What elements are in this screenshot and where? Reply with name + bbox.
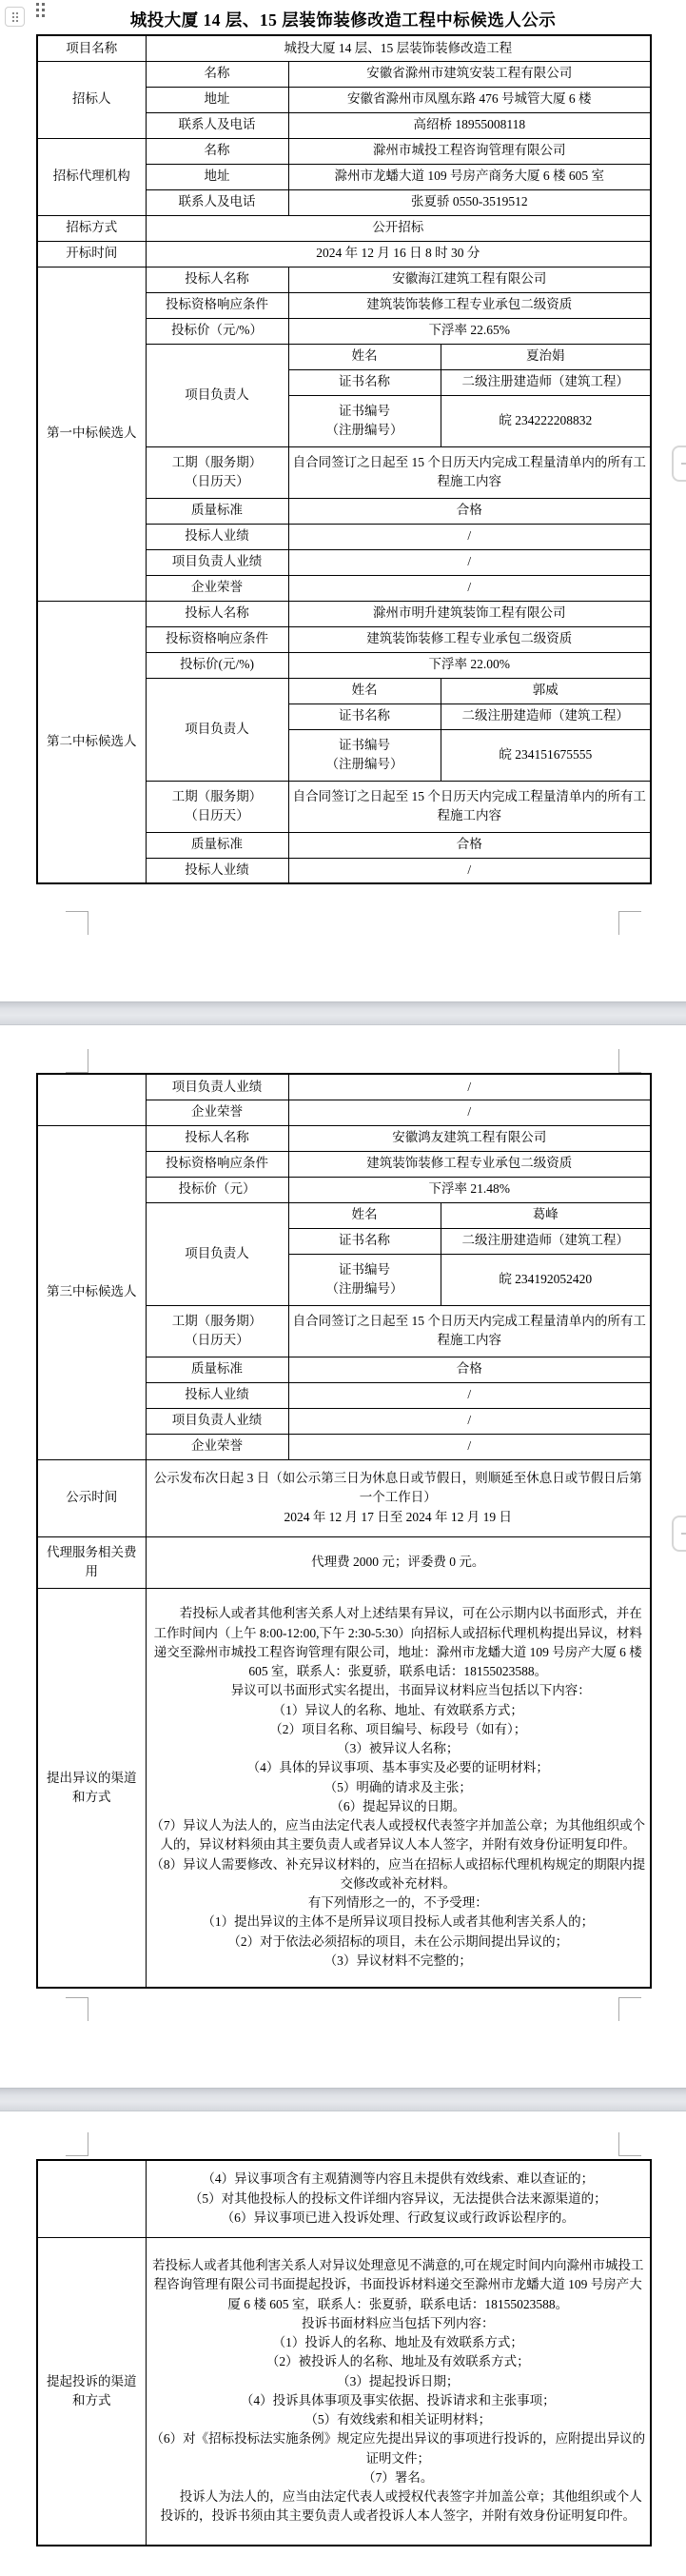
page-corner-mark	[618, 1049, 641, 1073]
table-cell: 下浮率 22.00%	[288, 652, 651, 678]
table-cell: 投标人业绩	[146, 524, 288, 549]
table-cell: 地址	[146, 164, 288, 189]
table-cell: 夏治娟	[441, 344, 651, 369]
floating-tool-button[interactable]	[672, 446, 686, 482]
candidate-1-label: 第一中标候选人	[37, 267, 146, 601]
agency-label: 招标代理机构	[37, 138, 146, 215]
table-cell: 项目负责人	[146, 678, 288, 781]
table-cell: 证书编号 （注册编号）	[288, 395, 441, 446]
table-cell: 投标人业绩	[146, 858, 288, 883]
table-cell: 建筑装饰装修工程专业承包二级资质	[288, 626, 651, 652]
table-cell: 证书名称	[288, 703, 441, 729]
document-page: 城投大厦 14 层、15 层装饰装修改造工程中标候选人公示 项目名称城投大厦 1…	[0, 0, 686, 2576]
table-cell: /	[288, 549, 651, 575]
bid-result-table-page1: 项目名称城投大厦 14 层、15 层装饰装修改造工程招标人名称安徽省滁州市建筑安…	[36, 34, 652, 884]
table-cell: 证书名称	[288, 1228, 441, 1254]
table-cell: 下浮率 21.48%	[288, 1177, 651, 1202]
page-corner-mark	[66, 1049, 88, 1073]
continuation-empty-cell	[37, 2160, 146, 2237]
project-name-value: 城投大厦 14 层、15 层装饰装修改造工程	[146, 35, 651, 61]
tenderer-label: 招标人	[37, 61, 146, 138]
table-cell: /	[288, 575, 651, 601]
bid-result-table-page2: 项目负责人业绩/企业荣誉/第三中标候选人投标人名称安徽鸿友建筑工程有限公司投标资…	[36, 1073, 652, 1989]
table-cell: 合格	[288, 498, 651, 524]
table-cell: 安徽省滁州市凤凰东路 476 号城管大厦 6 楼	[288, 87, 651, 112]
table-cell: /	[288, 858, 651, 883]
table-cell: 名称	[146, 61, 288, 87]
table-cell: 合格	[288, 1357, 651, 1382]
table-cell: 自合同签订之日起至 15 个日历天内完成工程量清单内的所有工程施工内容	[288, 1305, 651, 1357]
table-cell: 滁州市城投工程咨询管理有限公司	[288, 138, 651, 164]
continuation-empty-cell	[37, 1074, 146, 1125]
table-cell: 工期（服务期） （日历天）	[146, 1305, 288, 1357]
table-cell: 二级注册建造师（建筑工程）	[441, 369, 651, 395]
table-cell: 滁州市明升建筑装饰工程有限公司	[288, 601, 651, 626]
table-cell: 自合同签订之日起至 15 个日历天内完成工程量清单内的所有工程施工内容	[288, 781, 651, 832]
page-corner-mark	[618, 911, 641, 935]
table-cell: 皖 234222208832	[441, 395, 651, 446]
page-corner-mark	[66, 2132, 88, 2156]
table-cell: 张夏骄 0550-3519512	[288, 189, 651, 215]
table-cell: 安徽海江建筑工程有限公司	[288, 267, 651, 292]
table-cell: 投标人业绩	[146, 1382, 288, 1408]
table-cell: 安徽鸿友建筑工程有限公司	[288, 1125, 651, 1151]
table-cell: 投标人名称	[146, 601, 288, 626]
table-cell: 安徽省滁州市建筑安装工程有限公司	[288, 61, 651, 87]
table-cell: 合格	[288, 832, 651, 858]
table-cell: （4）异议事项含有主观猜测等内容且未提供有效线索、难以查证的； （5）对其他投标…	[146, 2160, 651, 2237]
table-cell: 下浮率 22.65%	[288, 318, 651, 344]
page-title: 城投大厦 14 层、15 层装饰装修改造工程中标候选人公示	[0, 8, 686, 31]
floating-tool-button[interactable]	[672, 1516, 686, 1552]
project-name-label: 项目名称	[37, 35, 146, 61]
table-cell: /	[288, 1074, 651, 1100]
table-cell: 开标时间	[37, 241, 146, 267]
table-cell: 联系人及电话	[146, 189, 288, 215]
table-cell: 投标人名称	[146, 1125, 288, 1151]
publicity-period-label: 公示时间	[37, 1459, 146, 1536]
table-cell: 姓名	[288, 678, 441, 703]
table-cell: 2024 年 12 月 16 日 8 时 30 分	[146, 241, 651, 267]
table-cell: 皖 234151675555	[441, 729, 651, 781]
floating-tool-icon	[681, 1533, 686, 1535]
table-cell: 企业荣誉	[146, 1434, 288, 1459]
bid-result-table-page3: （4）异议事项含有主观猜测等内容且未提供有效线索、难以查证的； （5）对其他投标…	[36, 2159, 652, 2546]
table-cell: 公开招标	[146, 215, 651, 241]
table-cell: 若投标人或者其他利害关系人对异议处理意见不满意的,可在规定时间内向滁州市城投工程…	[146, 2237, 651, 2546]
table-cell: 若投标人或者其他利害关系人对上述结果有异议，可在公示期内以书面形式，并在工作时间…	[146, 1588, 651, 1988]
table-cell: 姓名	[288, 1202, 441, 1228]
table-cell: 质量标准	[146, 1357, 288, 1382]
table-cell: 二级注册建造师（建筑工程）	[441, 703, 651, 729]
table-cell: 地址	[146, 87, 288, 112]
table-cell: /	[288, 1100, 651, 1125]
candidate-2-label: 第二中标候选人	[37, 601, 146, 883]
table-body: 项目负责人业绩/企业荣誉/第三中标候选人投标人名称安徽鸿友建筑工程有限公司投标资…	[37, 1074, 651, 1988]
table-cell: 证书编号 （注册编号）	[288, 729, 441, 781]
table-cell: 投标价（元/%）	[146, 318, 288, 344]
page-separator	[0, 2088, 686, 2111]
table-cell: 工期（服务期） （日历天）	[146, 446, 288, 498]
table-cell: 投标人名称	[146, 267, 288, 292]
page-corner-mark	[618, 2132, 641, 2156]
table-cell: 投标价（元）	[146, 1177, 288, 1202]
table-cell: 企业荣誉	[146, 575, 288, 601]
table-cell: 投标资格响应条件	[146, 626, 288, 652]
table-cell: 项目负责人业绩	[146, 1074, 288, 1100]
table-cell: 皖 234192052420	[441, 1254, 651, 1305]
table-cell: 二级注册建造师（建筑工程）	[441, 1228, 651, 1254]
table-cell: 投标资格响应条件	[146, 1151, 288, 1177]
table-cell: 质量标准	[146, 498, 288, 524]
table-cell: 招标方式	[37, 215, 146, 241]
table-cell: /	[288, 1382, 651, 1408]
table-cell: 自合同签订之日起至 15 个日历天内完成工程量清单内的所有工程施工内容	[288, 446, 651, 498]
table-cell: 项目负责人业绩	[146, 549, 288, 575]
table-body: （4）异议事项含有主观猜测等内容且未提供有效线索、难以查证的； （5）对其他投标…	[37, 2160, 651, 2546]
table-cell: 滁州市龙蟠大道 109 号房产商务大厦 6 楼 605 室	[288, 164, 651, 189]
page-corner-mark	[618, 1997, 641, 2021]
table-cell: 名称	[146, 138, 288, 164]
table-cell: 郭威	[441, 678, 651, 703]
table-cell: /	[288, 1434, 651, 1459]
table-cell: 证书编号 （注册编号）	[288, 1254, 441, 1305]
floating-tool-icon	[681, 463, 686, 465]
table-cell: 质量标准	[146, 832, 288, 858]
table-cell: /	[288, 524, 651, 549]
table-cell: 建筑装饰装修工程专业承包二级资质	[288, 1151, 651, 1177]
page-separator	[0, 1001, 686, 1025]
table-cell: /	[288, 1408, 651, 1434]
table-cell: 项目负责人	[146, 344, 288, 446]
objection-channel-label: 提出异议的渠道和方式	[37, 1588, 146, 1988]
table-body: 项目名称城投大厦 14 层、15 层装饰装修改造工程招标人名称安徽省滁州市建筑安…	[37, 35, 651, 883]
table-cell: 建筑装饰装修工程专业承包二级资质	[288, 292, 651, 318]
table-cell: 项目负责人业绩	[146, 1408, 288, 1434]
table-cell: 公示发布次日起 3 日（如公示第三日为休息日或节假日，则顺延至休息日或节假日后第…	[146, 1459, 651, 1536]
table-cell: 联系人及电话	[146, 112, 288, 138]
complaint-channel-label: 提起投诉的渠道和方式	[37, 2237, 146, 2546]
table-cell: 投标资格响应条件	[146, 292, 288, 318]
table-cell: 证书名称	[288, 369, 441, 395]
table-cell: 工期（服务期） （日历天）	[146, 781, 288, 832]
page-corner-mark	[66, 1997, 88, 2021]
table-cell: 葛峰	[441, 1202, 651, 1228]
table-cell: 企业荣誉	[146, 1100, 288, 1125]
table-cell: 姓名	[288, 344, 441, 369]
table-cell: 项目负责人	[146, 1202, 288, 1305]
candidate-3-label: 第三中标候选人	[37, 1125, 146, 1459]
table-cell: 高绍桥 18955008118	[288, 112, 651, 138]
table-cell: 投标价(元/%)	[146, 652, 288, 678]
agency-fee-label: 代理服务相关费用	[37, 1536, 146, 1588]
table-cell: 代理费 2000 元；评委费 0 元。	[146, 1536, 651, 1588]
page-corner-mark	[66, 911, 88, 935]
